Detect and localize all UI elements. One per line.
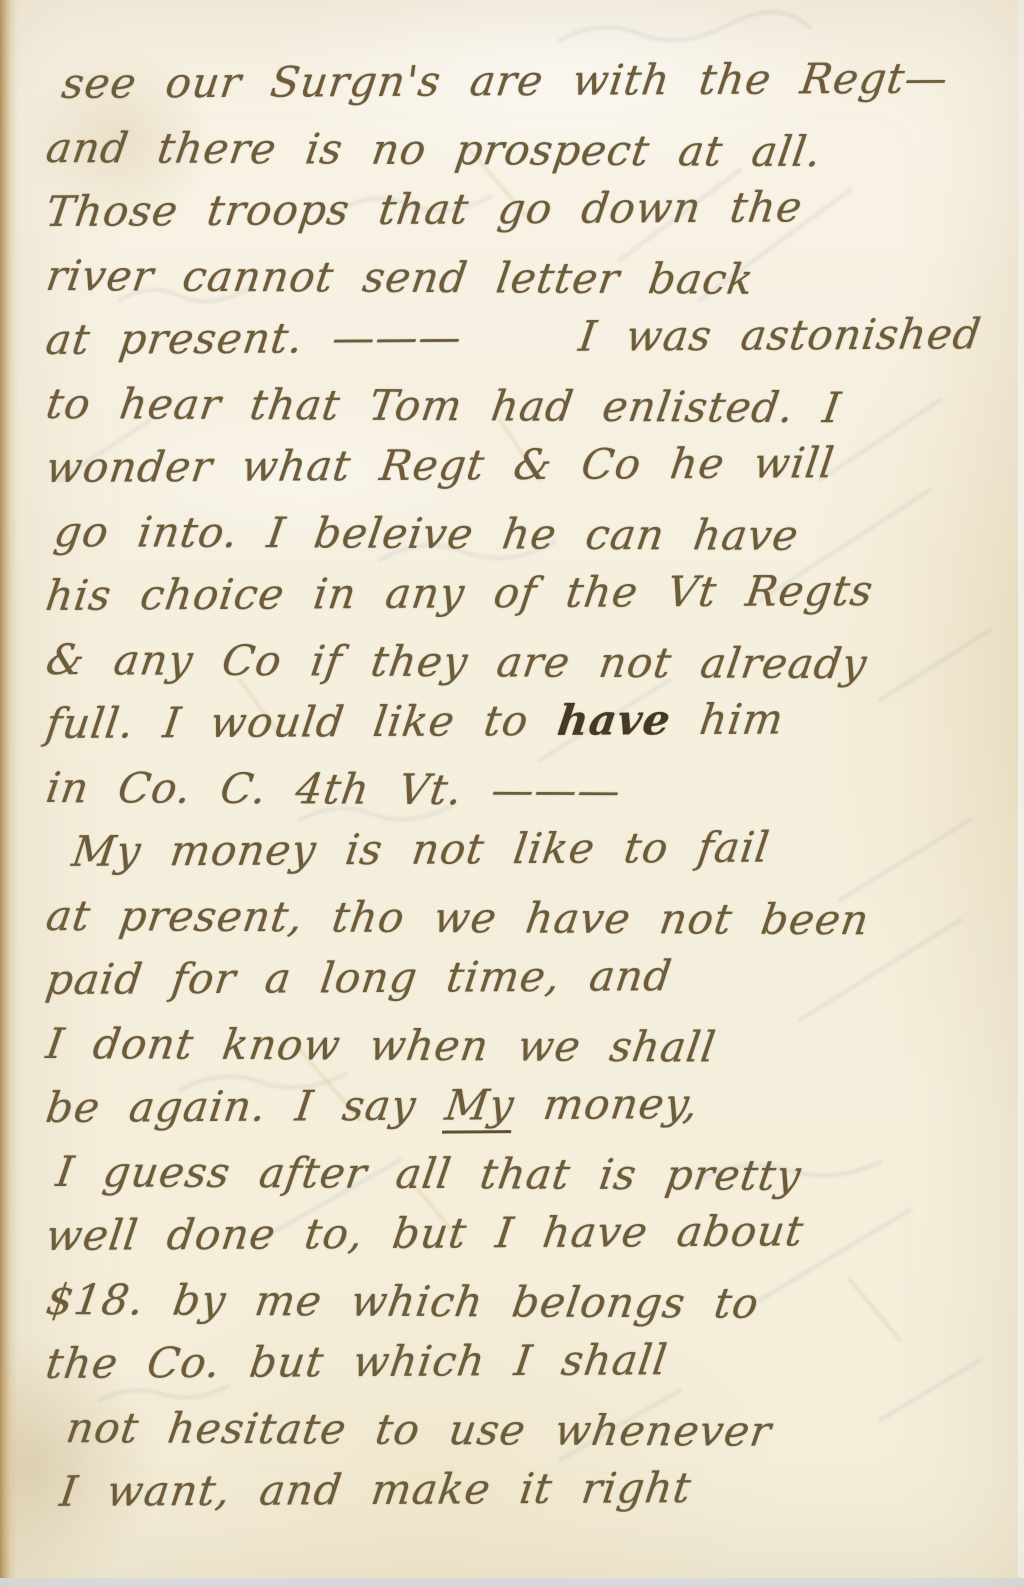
letter-line: paid for a long time, and [42, 942, 1009, 1012]
letter-text: see our Surgn's are with the Regt— and t… [42, 52, 1000, 1524]
letter-line: at present. ——— I was astonished [42, 302, 1009, 372]
letter-line: full. I would like to have him [42, 686, 1009, 756]
letter-line: My money is not like to fail [42, 814, 1009, 884]
scan-strip-bottom [0, 1578, 1024, 1587]
letter-line: see our Surgn's are with the Regt— [42, 46, 1009, 116]
letter-line-segment: full. I would like to [43, 696, 561, 748]
letter-line: be again. I say My money, [42, 1070, 1009, 1140]
letter-line-segment: be again. I say [43, 1081, 449, 1132]
letter-line: the Co. but which I shall [42, 1326, 1009, 1396]
letter-line: well done to, but I have about [42, 1198, 1009, 1268]
bleedthrough-stroke [560, 12, 810, 40]
letter-line-segment-overwritten: have [555, 695, 675, 745]
letter-line-segment: him [668, 695, 787, 745]
letter-line-segment-underlined: My [442, 1080, 518, 1133]
letter-line-segment: money, [511, 1079, 702, 1129]
letter-line: I want, and make it right [42, 1454, 1009, 1524]
letter-page: see our Surgn's are with the Regt— and t… [0, 0, 1024, 1587]
letter-line: wonder what Regt & Co he will [42, 430, 1009, 500]
paper-left-edge [0, 0, 18, 1578]
letter-line: Those troops that go down the [42, 174, 1009, 244]
scan-strip-right [1018, 0, 1024, 1578]
letter-line: his choice in any of the Vt Regts [42, 558, 1009, 628]
